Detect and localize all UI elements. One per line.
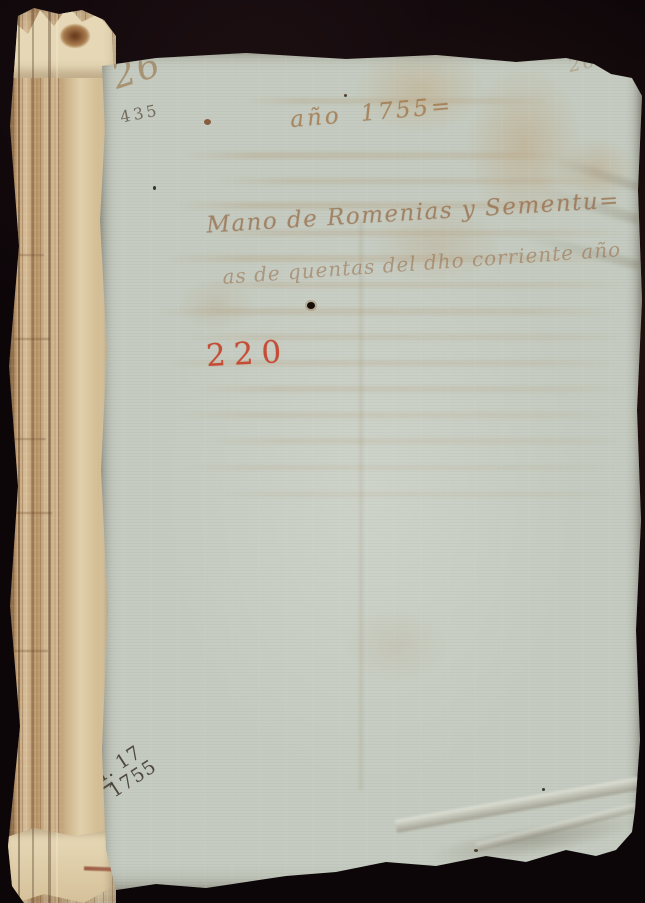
spine-torn-top-edge (2, 4, 114, 78)
ink-showthrough-streaks (96, 50, 642, 895)
spine-worm-damage (60, 24, 90, 48)
photo-background: 26 435 265. año 1755= Mano de Romenias y… (0, 0, 645, 903)
spine-crease (12, 650, 48, 652)
stain-speck (344, 94, 347, 97)
stain-speck (204, 119, 211, 125)
stain-speck (474, 849, 478, 852)
stain-speck (153, 186, 156, 190)
spine-crease (8, 254, 44, 256)
spine-crease (14, 338, 50, 340)
manuscript-page: 26 435 265. año 1755= Mano de Romenias y… (96, 50, 642, 895)
spine-crease (16, 512, 52, 514)
spine-torn-bottom-edge (4, 828, 110, 903)
stain-speck (542, 788, 545, 791)
spine-crease (10, 438, 46, 440)
vertical-fold-line (358, 220, 364, 790)
wormhole (307, 302, 315, 309)
spine-cover-fold (62, 48, 108, 848)
book-spine (4, 6, 116, 903)
